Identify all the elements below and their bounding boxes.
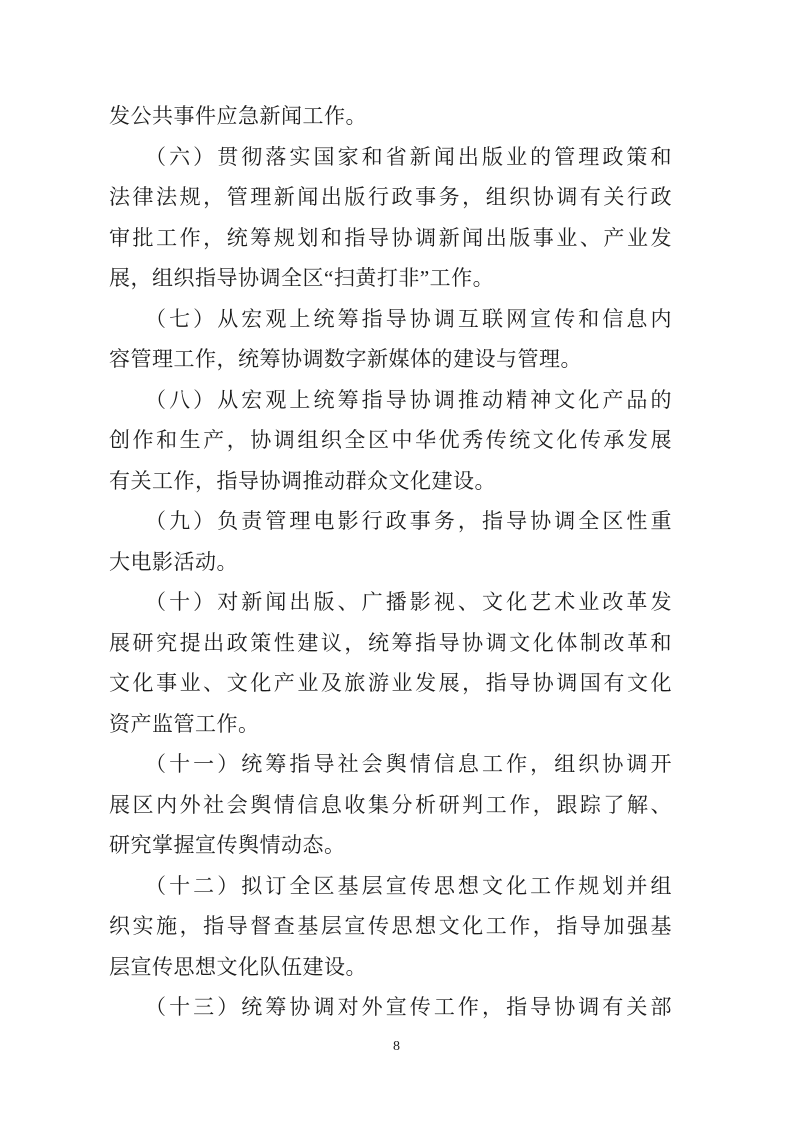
page-number: 8 [0,1037,793,1057]
text-line: （十一）统筹指导社会舆情信息工作，组织协调开 [109,744,672,785]
text-line: 研究掌握宣传舆情动态。 [109,825,672,866]
text-line: （十二）拟订全区基层宣传思想文化工作规划并组 [109,866,672,907]
text-line: （七）从宏观上统筹指导协调互联网宣传和信息内 [109,299,672,340]
text-line: 容管理工作，统筹协调数字新媒体的建设与管理。 [109,339,672,380]
text-line: 发公共事件应急新闻工作。 [109,96,672,137]
text-line: 大电影活动。 [109,542,672,583]
text-line: 创作和生产，协调组织全区中华优秀传统文化传承发展 [109,420,672,461]
text-line: 资产监管工作。 [109,704,672,745]
text-line: 展，组织指导协调全区“扫黄打非”工作。 [109,258,672,299]
text-line: 层宣传思想文化队伍建设。 [109,947,672,988]
document-body: 发公共事件应急新闻工作。（六）贯彻落实国家和省新闻出版业的管理政策和法律法规，管… [109,96,672,1028]
text-line: （六）贯彻落实国家和省新闻出版业的管理政策和 [109,137,672,178]
text-line: 文化事业、文化产业及旅游业发展，指导协调国有文化 [109,663,672,704]
text-line: 展研究提出政策性建议，统筹指导协调文化体制改革和 [109,623,672,664]
text-line: 有关工作，指导协调推动群众文化建设。 [109,461,672,502]
text-line: （九）负责管理电影行政事务，指导协调全区性重 [109,501,672,542]
text-line: （十三）统筹协调对外宣传工作，指导协调有关部 [109,987,672,1028]
text-line: （八）从宏观上统筹指导协调推动精神文化产品的 [109,380,672,421]
document-page: 发公共事件应急新闻工作。（六）贯彻落实国家和省新闻出版业的管理政策和法律法规，管… [0,0,793,1122]
text-line: （十）对新闻出版、广播影视、文化艺术业改革发 [109,582,672,623]
text-line: 织实施，指导督查基层宣传思想文化工作，指导加强基 [109,906,672,947]
text-line: 审批工作，统筹规划和指导协调新闻出版事业、产业发 [109,218,672,259]
text-line: 展区内外社会舆情信息收集分析研判工作，跟踪了解、 [109,785,672,826]
text-line: 法律法规，管理新闻出版行政事务，组织协调有关行政 [109,177,672,218]
